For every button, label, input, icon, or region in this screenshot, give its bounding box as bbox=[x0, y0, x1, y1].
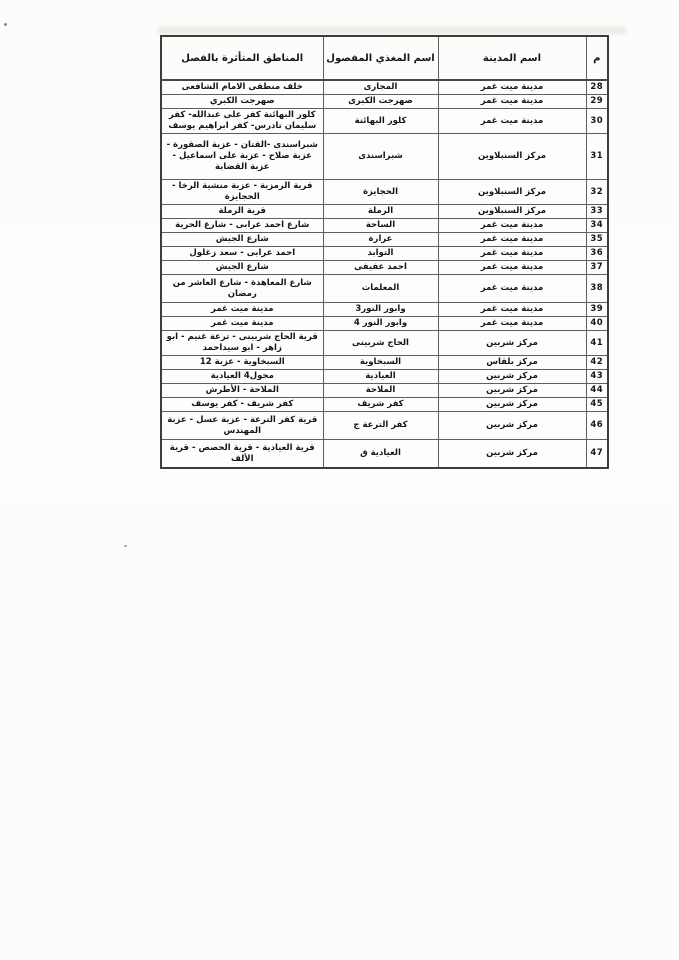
areas-cell: شبراسندى -القتان - عزبة الصقورة - عزبة ص… bbox=[161, 134, 323, 180]
table-row: 47مركز شربينالعيادية ققرية العيادية - قر… bbox=[161, 440, 608, 469]
table-row: 31مركز السنبلاوينشبراسندىشبراسندى -القتا… bbox=[161, 134, 608, 180]
city-cell: مدينة ميت غمر bbox=[438, 233, 586, 247]
row-number-cell: 29 bbox=[586, 95, 608, 109]
areas-cell: شارع المعاهدة - شارع العاشر من رمضان bbox=[161, 275, 323, 303]
row-number-cell: 46 bbox=[586, 412, 608, 440]
row-number-cell: 42 bbox=[586, 356, 608, 370]
city-cell: مركز شربين bbox=[438, 370, 586, 384]
feeder-cell: صهرجت الكبرى bbox=[323, 95, 438, 109]
areas-cell: مدينة ميت غمر bbox=[161, 303, 323, 317]
row-number-cell: 37 bbox=[586, 261, 608, 275]
column-header-city: اسم المدينة bbox=[438, 36, 586, 80]
affected-areas-table: م اسم المدينة اسم المغذي المفصول المناطق… bbox=[160, 35, 609, 469]
city-cell: مدينة ميت غمر bbox=[438, 219, 586, 233]
row-number-cell: 34 bbox=[586, 219, 608, 233]
column-header-areas: المناطق المتأثرة بالفصل bbox=[161, 36, 323, 80]
feeder-cell: السبخاوية bbox=[323, 356, 438, 370]
city-cell: مدينة ميت غمر bbox=[438, 109, 586, 134]
areas-cell: احمد عرابى - سعد زغلول bbox=[161, 247, 323, 261]
city-cell: مدينة ميت غمر bbox=[438, 275, 586, 303]
areas-cell: شارع احمد عرابى - شارع الحرية bbox=[161, 219, 323, 233]
feeder-cell: احمد عفيفى bbox=[323, 261, 438, 275]
table-row: 32مركز السنبلاوينالحجايزةقرية الرمزية - … bbox=[161, 180, 608, 205]
city-cell: مدينة ميت غمر bbox=[438, 317, 586, 331]
city-cell: مركز بلقاس bbox=[438, 356, 586, 370]
row-number-cell: 32 bbox=[586, 180, 608, 205]
city-cell: مدينة ميت غمر bbox=[438, 261, 586, 275]
table-row: 39مدينة ميت غمروابور النور3مدينة ميت غمر bbox=[161, 303, 608, 317]
row-number-cell: 38 bbox=[586, 275, 608, 303]
table-row: 29مدينة ميت غمرصهرجت الكبرىصهرجت الكبري bbox=[161, 95, 608, 109]
table-row: 30مدينة ميت غمركلور البهائنةكلور البهائن… bbox=[161, 109, 608, 134]
row-number-cell: 30 bbox=[586, 109, 608, 134]
row-number-cell: 39 bbox=[586, 303, 608, 317]
row-number-cell: 45 bbox=[586, 398, 608, 412]
table-header-row: م اسم المدينة اسم المغذي المفصول المناطق… bbox=[161, 36, 608, 80]
scan-artifact-streak bbox=[158, 27, 626, 34]
feeder-cell: عرارة bbox=[323, 233, 438, 247]
areas-cell: قرية الحاج شربينى - ترعة غنيم - ابو زاهر… bbox=[161, 331, 323, 356]
table-row: 46مركز شربينكفر الترعة جقرية كفر الترعة … bbox=[161, 412, 608, 440]
city-cell: مدينة ميت غمر bbox=[438, 303, 586, 317]
areas-cell: صهرجت الكبري bbox=[161, 95, 323, 109]
scan-speck bbox=[124, 545, 127, 547]
city-cell: مركز شربين bbox=[438, 331, 586, 356]
row-number-cell: 33 bbox=[586, 205, 608, 219]
table-row: 40مدينة ميت غمروابور النور 4مدينة ميت غم… bbox=[161, 317, 608, 331]
feeder-cell: كفر شريف bbox=[323, 398, 438, 412]
areas-cell: خلف منطقى الامام الشافعى bbox=[161, 80, 323, 95]
table-row: 45مركز شربينكفر شريفكفر شريف - كفر يوسف bbox=[161, 398, 608, 412]
table-row: 34مدينة ميت غمرالساحةشارع احمد عرابى - ش… bbox=[161, 219, 608, 233]
city-cell: مركز السنبلاوين bbox=[438, 205, 586, 219]
row-number-cell: 40 bbox=[586, 317, 608, 331]
city-cell: مركز شربين bbox=[438, 384, 586, 398]
table-row: 38مدينة ميت غمرالمعلماتشارع المعاهدة - ش… bbox=[161, 275, 608, 303]
areas-cell: محول4 العيادية bbox=[161, 370, 323, 384]
city-cell: مركز شربين bbox=[438, 398, 586, 412]
scanned-document-page: م اسم المدينة اسم المغذي المفصول المناطق… bbox=[0, 0, 679, 960]
row-number-cell: 41 bbox=[586, 331, 608, 356]
table-row: 37مدينة ميت غمراحمد عفيفىشارع الجيش bbox=[161, 261, 608, 275]
table-row: 35مدينة ميت غمرعرارةشارع الجيش bbox=[161, 233, 608, 247]
areas-cell: قرية الرمزية - عزبة منشية الرخا - الحجاي… bbox=[161, 180, 323, 205]
areas-cell: قرية الرملة bbox=[161, 205, 323, 219]
scan-speck bbox=[4, 23, 7, 26]
areas-cell: شارع الجيش bbox=[161, 233, 323, 247]
table-row: 42مركز بلقاسالسبخاويةالسبخاوية - عزبة 12 bbox=[161, 356, 608, 370]
areas-cell: كلور البهائنة كفر على عبدالله- كفر سليما… bbox=[161, 109, 323, 134]
feeder-cell: كفر الترعة ج bbox=[323, 412, 438, 440]
areas-cell: شارع الجيش bbox=[161, 261, 323, 275]
areas-cell: قرية العيادية - قرية الحصص - قرية الألف bbox=[161, 440, 323, 469]
row-number-cell: 44 bbox=[586, 384, 608, 398]
areas-cell: قرية كفر الترعة - عزبة عسل - عزبة المهند… bbox=[161, 412, 323, 440]
table-row: 44مركز شربينالملاحةالملاحة - الأطرش bbox=[161, 384, 608, 398]
city-cell: مركز شربين bbox=[438, 440, 586, 469]
areas-cell: السبخاوية - عزبة 12 bbox=[161, 356, 323, 370]
feeder-cell: المجارى bbox=[323, 80, 438, 95]
feeder-cell: المعلمات bbox=[323, 275, 438, 303]
feeder-cell: الحاج شربينى bbox=[323, 331, 438, 356]
city-cell: مدينة ميت غمر bbox=[438, 95, 586, 109]
feeder-cell: الملاحة bbox=[323, 384, 438, 398]
table-row: 36مدينة ميت غمرالتوابداحمد عرابى - سعد ز… bbox=[161, 247, 608, 261]
feeder-cell: التوابد bbox=[323, 247, 438, 261]
table-row: 43مركز شربينالعياديةمحول4 العيادية bbox=[161, 370, 608, 384]
feeder-cell: الرملة bbox=[323, 205, 438, 219]
feeder-cell: شبراسندى bbox=[323, 134, 438, 180]
areas-cell: الملاحة - الأطرش bbox=[161, 384, 323, 398]
city-cell: مركز السنبلاوين bbox=[438, 180, 586, 205]
feeder-cell: وابور النور3 bbox=[323, 303, 438, 317]
areas-cell: كفر شريف - كفر يوسف bbox=[161, 398, 323, 412]
row-number-cell: 47 bbox=[586, 440, 608, 469]
row-number-cell: 28 bbox=[586, 80, 608, 95]
row-number-cell: 36 bbox=[586, 247, 608, 261]
feeder-cell: وابور النور 4 bbox=[323, 317, 438, 331]
row-number-cell: 43 bbox=[586, 370, 608, 384]
feeder-cell: العيادية ق bbox=[323, 440, 438, 469]
city-cell: مركز شربين bbox=[438, 412, 586, 440]
feeder-cell: الحجايزة bbox=[323, 180, 438, 205]
feeder-cell: الساحة bbox=[323, 219, 438, 233]
table-row: 28مدينة ميت غمرالمجارىخلف منطقى الامام ا… bbox=[161, 80, 608, 95]
row-number-cell: 31 bbox=[586, 134, 608, 180]
feeder-cell: كلور البهائنة bbox=[323, 109, 438, 134]
column-header-number: م bbox=[586, 36, 608, 80]
city-cell: مدينة ميت غمر bbox=[438, 247, 586, 261]
table-row: 33مركز السنبلاوينالرملةقرية الرملة bbox=[161, 205, 608, 219]
row-number-cell: 35 bbox=[586, 233, 608, 247]
city-cell: مركز السنبلاوين bbox=[438, 134, 586, 180]
areas-cell: مدينة ميت غمر bbox=[161, 317, 323, 331]
column-header-feeder: اسم المغذي المفصول bbox=[323, 36, 438, 80]
city-cell: مدينة ميت غمر bbox=[438, 80, 586, 95]
table-row: 41مركز شربينالحاج شربينىقرية الحاج شربين… bbox=[161, 331, 608, 356]
feeder-cell: العيادية bbox=[323, 370, 438, 384]
